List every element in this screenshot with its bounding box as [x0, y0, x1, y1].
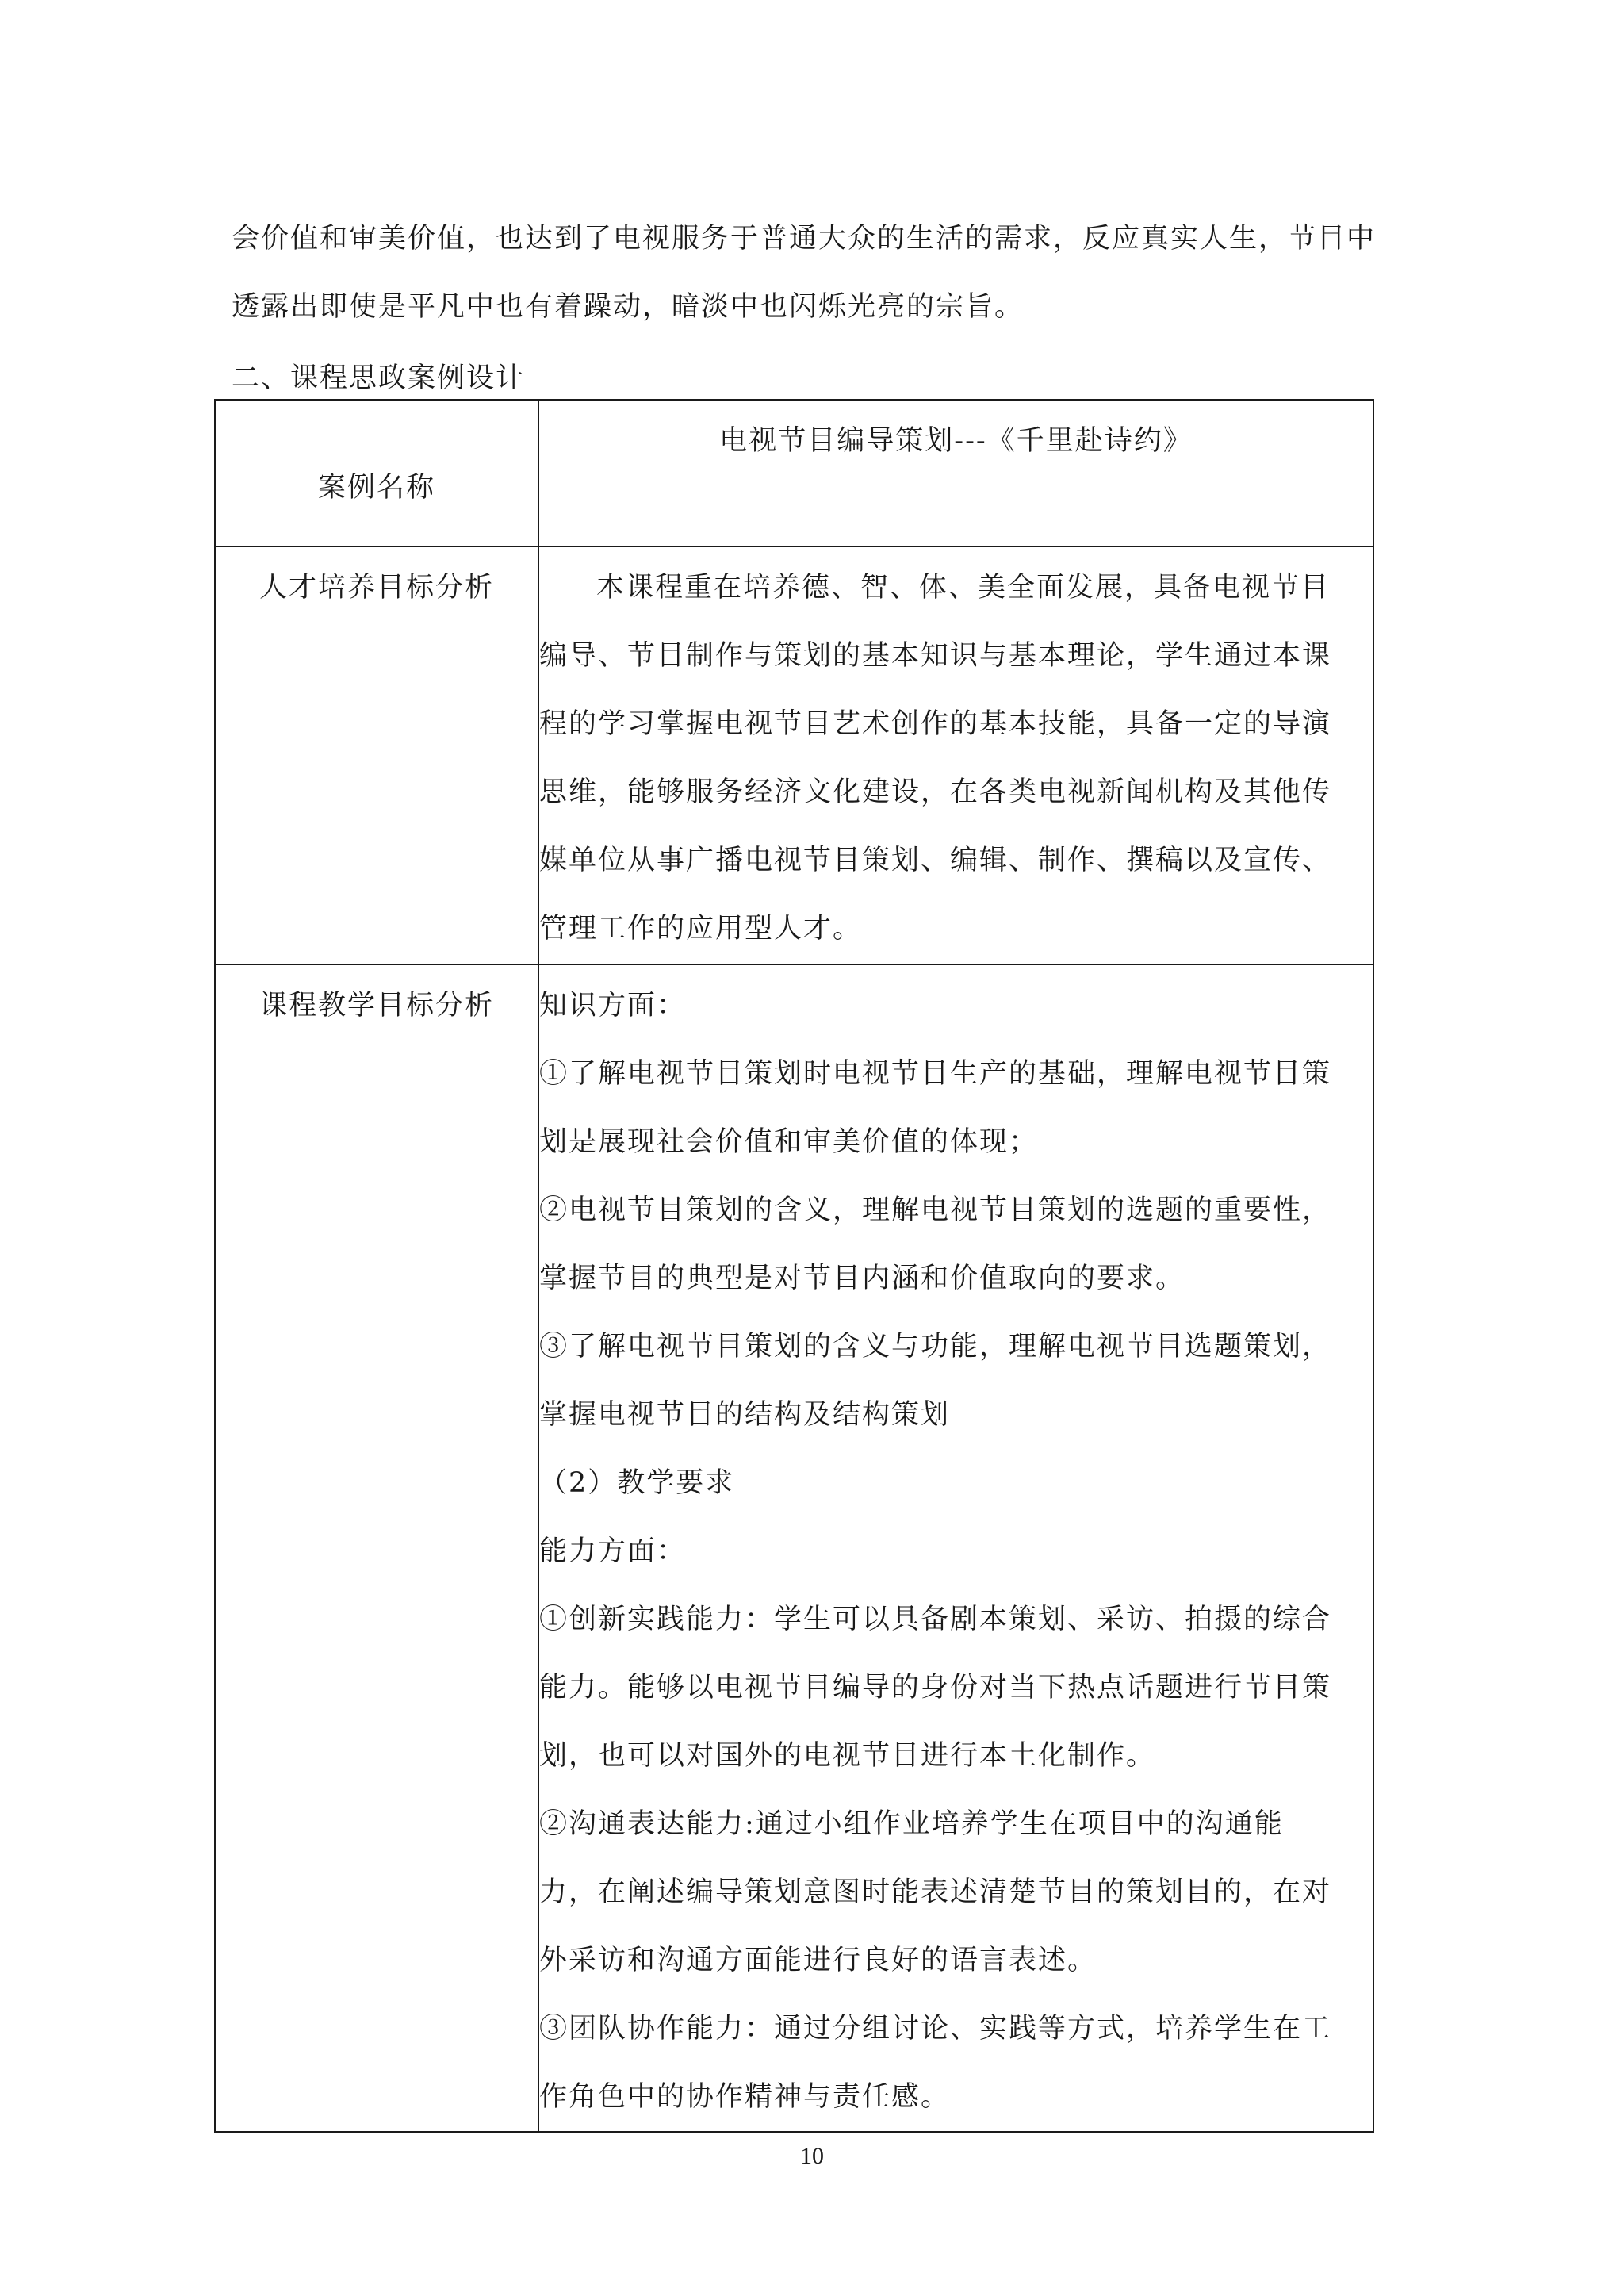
text-line: 外采访和沟通方面能进行良好的语言表述。 [539, 1926, 1373, 1995]
text-line: 编导、节目制作与策划的基本知识与基本理论，学生通过本课 [539, 622, 1373, 690]
text-line: 知识方面： [539, 972, 1373, 1040]
text-line: 思维，能够服务经济文化建设，在各类电视新闻机构及其他传 [539, 758, 1373, 826]
text-line: 程的学习掌握电视节目艺术创作的基本技能，具备一定的导演 [539, 690, 1373, 758]
text-line: 作角色中的协作精神与责任感。 [539, 2063, 1373, 2131]
text-line: 本课程重在培养德、智、体、美全面发展，具备电视节目 [539, 554, 1373, 622]
text-line: 管理工作的应用型人才。 [539, 895, 1373, 963]
text-line: 力，在阐述编导策划意图时能表述清楚节目的策划目的，在对 [539, 1858, 1373, 1926]
document-page: 会价值和审美价值，也达到了电视服务于普通大众的生活的需求，反应真实人生，节目中 … [0, 0, 1624, 2296]
page-number: 10 [0, 2143, 1624, 2170]
text-line: ②沟通表达能力:通过小组作业培养学生在项目中的沟通能 [539, 1790, 1373, 1858]
table-row-talent-goals: 人才培养目标分析 本课程重在培养德、智、体、美全面发展，具备电视节目 编导、节目… [215, 546, 1373, 964]
row-label: 课程教学目标分析 [215, 964, 538, 2132]
case-design-table: 案例名称 电视节目编导策划---《千里赴诗约》 人才培养目标分析 本课程重在培养… [214, 399, 1374, 2133]
row-label: 案例名称 [215, 400, 538, 546]
text-line: 透露出即使是平凡中也有着躁动，暗淡中也闪烁光亮的宗旨。 [232, 273, 1405, 341]
text-line: 能力方面： [539, 1517, 1373, 1585]
text-line: 划是展现社会价值和审美价值的体现； [539, 1108, 1373, 1176]
text-line: ③了解电视节目策划的含义与功能，理解电视节目选题策划， [539, 1313, 1373, 1381]
row-content: 本课程重在培养德、智、体、美全面发展，具备电视节目 编导、节目制作与策划的基本知… [538, 546, 1373, 964]
row-label: 人才培养目标分析 [215, 546, 538, 964]
text-line: 媒单位从事广播电视节目策划、编辑、制作、撰稿以及宣传、 [539, 826, 1373, 895]
text-line: 划，也可以对国外的电视节目进行本土化制作。 [539, 1722, 1373, 1790]
text-line: ②电视节目策划的含义，理解电视节目策划的选题的重要性， [539, 1176, 1373, 1244]
text-line: 能力。能够以电视节目编导的身份对当下热点话题进行节目策 [539, 1654, 1373, 1722]
table-row-case-name: 案例名称 电视节目编导策划---《千里赴诗约》 [215, 400, 1373, 546]
row-content: 知识方面： ①了解电视节目策划时电视节目生产的基础，理解电视节目策 划是展现社会… [538, 964, 1373, 2132]
text-line: ①了解电视节目策划时电视节目生产的基础，理解电视节目策 [539, 1040, 1373, 1108]
table-row-teaching-goals: 课程教学目标分析 知识方面： ①了解电视节目策划时电视节目生产的基础，理解电视节… [215, 964, 1373, 2132]
text-line: 掌握节目的典型是对节目内涵和价值取向的要求。 [539, 1244, 1373, 1313]
text-line: ③团队协作能力：通过分组讨论、实践等方式，培养学生在工 [539, 1995, 1373, 2063]
text-line: （2）教学要求 [539, 1449, 1373, 1517]
row-content: 电视节目编导策划---《千里赴诗约》 [538, 400, 1373, 546]
text-line: 掌握电视节目的结构及结构策划 [539, 1381, 1373, 1449]
case-title: 电视节目编导策划---《千里赴诗约》 [539, 407, 1373, 475]
text-line: 会价值和审美价值，也达到了电视服务于普通大众的生活的需求，反应真实人生，节目中 [232, 205, 1405, 273]
intro-paragraph: 会价值和审美价值，也达到了电视服务于普通大众的生活的需求，反应真实人生，节目中 … [232, 205, 1405, 341]
text-line: ①创新实践能力：学生可以具备剧本策划、采访、拍摄的综合 [539, 1585, 1373, 1654]
